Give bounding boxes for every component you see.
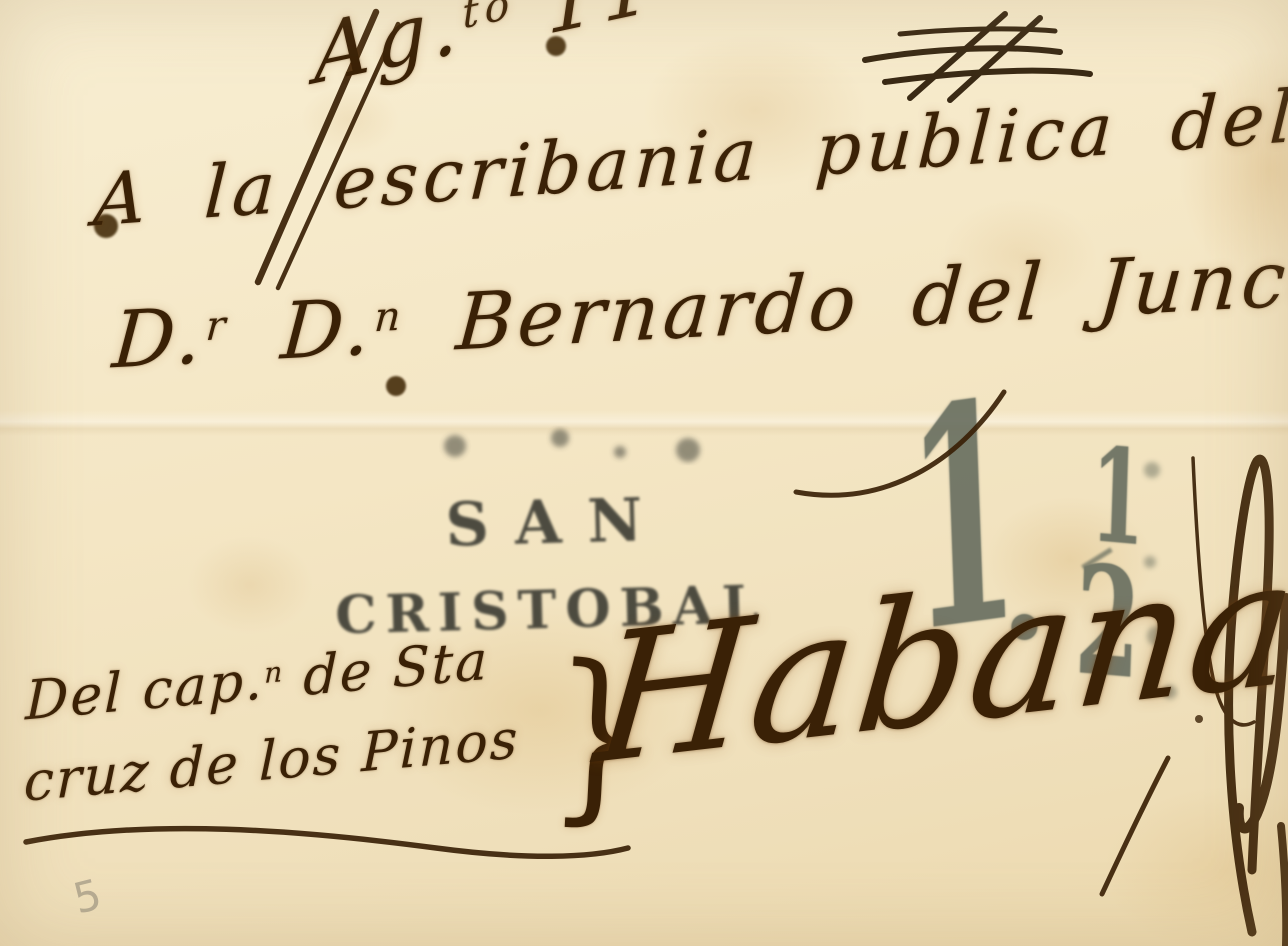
habana-descender-flourish [1102,758,1168,894]
postmark-line-san: SAN [323,482,765,563]
addr2-don-abbrev: D. [225,282,376,380]
sender-line1-superscript: n [264,655,285,690]
docket-pre: Ag. [312,0,464,102]
letter-cover-scan: SAN CRISTOBAL 1 . 1 2 [0,0,1288,946]
sender-line1-pre: Del cap. [25,648,265,732]
address-line-1: A la escribania publica del [92,74,1288,243]
addr2-superscript-n: n [373,292,406,342]
addr2-don-abbrev: D. [110,291,209,386]
docket-superscript: to [462,0,516,38]
addr2-name: Bernardo del Junco [401,232,1288,372]
addr2-superscript-r: r [204,301,231,350]
pencil-number-note: 5 [68,869,106,923]
crossed-out-mark [865,14,1090,100]
docket-number: 11 [514,0,659,60]
docket-date-note: Ag.to 11 [312,0,659,102]
edge-flourish [1281,826,1286,946]
sender-origin-note: Del cap.n de Sta cruz de los Pinos [23,617,521,823]
sender-line1-rest: de Sta [284,628,490,709]
address-line-2: D.r D.n Bernardo del Junco [110,232,1288,387]
sender-note-underline [26,829,628,857]
